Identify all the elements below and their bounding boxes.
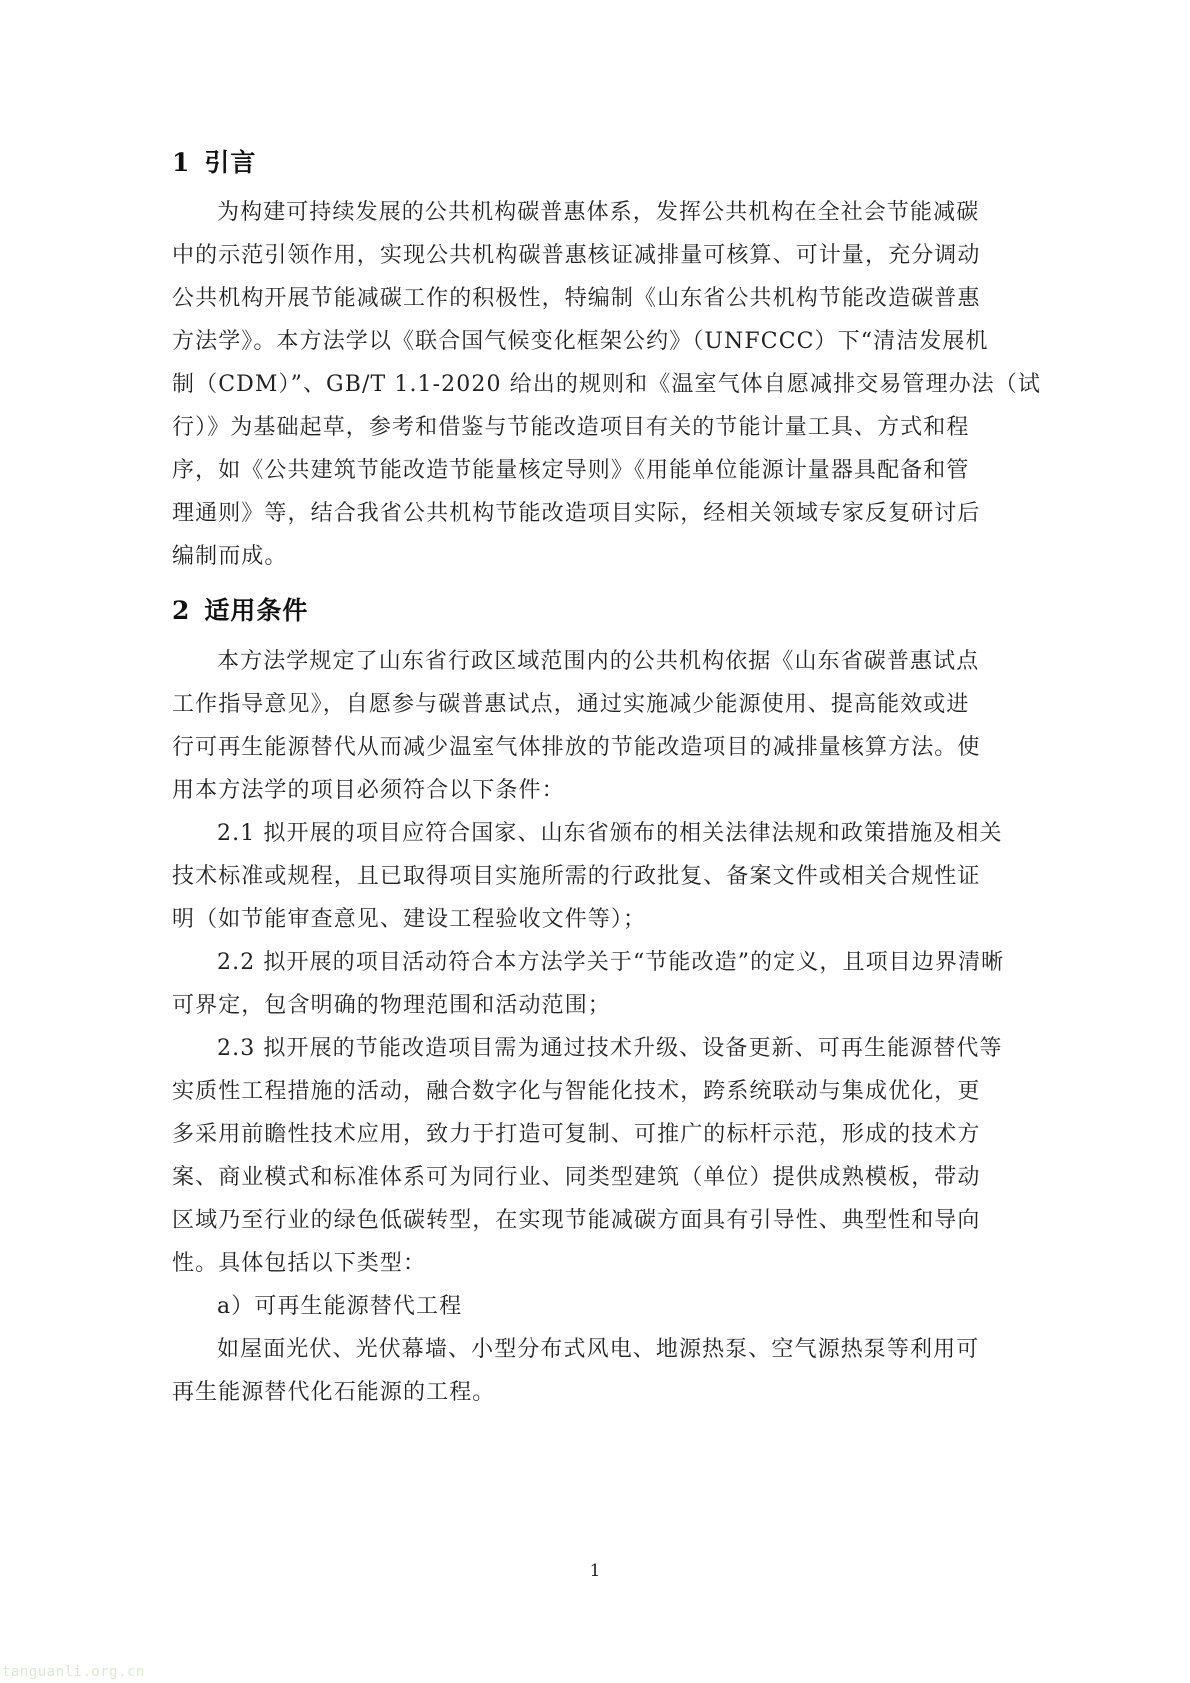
- paragraph-line: 多采用前瞻性技术应用，致力于打造可复制、可推广的标杆示范，形成的技术方: [172, 1120, 1032, 1150]
- paragraph-line: 序，如《公共建筑节能改造节能量核定导则》《用能单位能源计量器具配备和管: [172, 456, 1032, 486]
- clause-2-2: 2.2 拟开展的项目活动符合本方法学关于“节能改造”的定义，且项目边界清晰: [217, 948, 1077, 978]
- paragraph-line: 为构建可持续发展的公共机构碳普惠体系，发挥公共机构在全社会节能减碳: [217, 198, 1077, 228]
- watermark: tanguanli.org.cn: [2, 1664, 145, 1680]
- section-title: 适用条件: [204, 596, 308, 625]
- paragraph-line: 编制而成。: [172, 542, 1032, 572]
- section-title: 引言: [204, 148, 256, 177]
- paragraph-line: 公共机构开展节能减碳工作的积极性，特编制《山东省公共机构节能改造碳普惠: [172, 284, 1032, 314]
- paragraph-line: 中的示范引领作用，实现公共机构碳普惠核证减排量可核算、可计量，充分调动: [172, 241, 1032, 271]
- paragraph-line: 明（如节能审查意见、建设工程验收文件等）；: [172, 905, 1032, 935]
- paragraph-line: 工作指导意见》，自愿参与碳普惠试点，通过实施减少能源使用、提高能效或进: [172, 690, 1032, 720]
- paragraph-line: 技术标准或规程，且已取得项目实施所需的行政批复、备案文件或相关合规性证: [172, 862, 1032, 892]
- paragraph-line: 再生能源替代化石能源的工程。: [172, 1378, 1032, 1408]
- paragraph-line: 本方法学规定了山东省行政区域范围内的公共机构依据《山东省碳普惠试点: [217, 647, 1077, 677]
- paragraph-line: 区域乃至行业的绿色低碳转型，在实现节能减碳方面具有引导性、典型性和导向: [172, 1206, 1032, 1236]
- paragraph-line: 理通则》等，结合我省公共机构节能改造项目实际，经相关领域专家反复研讨后: [172, 499, 1032, 529]
- paragraph-line: 实质性工程措施的活动，融合数字化与智能化技术，跨系统联动与集成优化，更: [172, 1077, 1032, 1107]
- paragraph-line: 案、商业模式和标准体系可为同行业、同类型建筑（单位）提供成熟模板，带动: [172, 1163, 1032, 1193]
- page-number: 1: [0, 1561, 1190, 1581]
- clause-2-3: 2.3 拟开展的节能改造项目需为通过技术升级、设备更新、可再生能源替代等: [217, 1034, 1077, 1064]
- paragraph-line: 行可再生能源替代从而减少温室气体排放的节能改造项目的减排量核算方法。使: [172, 733, 1032, 763]
- section-heading-introduction: 1引言: [172, 146, 256, 180]
- document-page: 1引言 为构建可持续发展的公共机构碳普惠体系，发挥公共机构在全社会节能减碳 中的…: [0, 0, 1190, 1683]
- paragraph-line: 如屋面光伏、光伏幕墙、小型分布式风电、地源热泵、空气源热泵等利用可: [217, 1335, 1077, 1365]
- list-item-a: a）可再生能源替代工程: [217, 1292, 1077, 1322]
- paragraph-line: 方法学》。本方法学以《联合国气候变化框架公约》（UNFCCC）下“清洁发展机: [172, 327, 1032, 357]
- paragraph-line: 可界定，包含明确的物理范围和活动范围；: [172, 991, 1032, 1021]
- paragraph-line: 行）》为基础起草，参考和借鉴与节能改造项目有关的节能计量工具、方式和程: [172, 413, 1032, 443]
- section-number: 2: [172, 596, 190, 625]
- paragraph-line: 制（CDM）”、GB/T 1.1-2020 给出的规则和《温室气体自愿减排交易管…: [172, 370, 1032, 400]
- section-heading-applicability: 2适用条件: [172, 594, 308, 628]
- clause-2-1: 2.1 拟开展的项目应符合国家、山东省颁布的相关法律法规和政策措施及相关: [217, 819, 1077, 849]
- section-number: 1: [172, 148, 190, 177]
- paragraph-line: 用本方法学的项目必须符合以下条件：: [172, 776, 1032, 806]
- paragraph-line: 性。具体包括以下类型：: [172, 1249, 1032, 1279]
